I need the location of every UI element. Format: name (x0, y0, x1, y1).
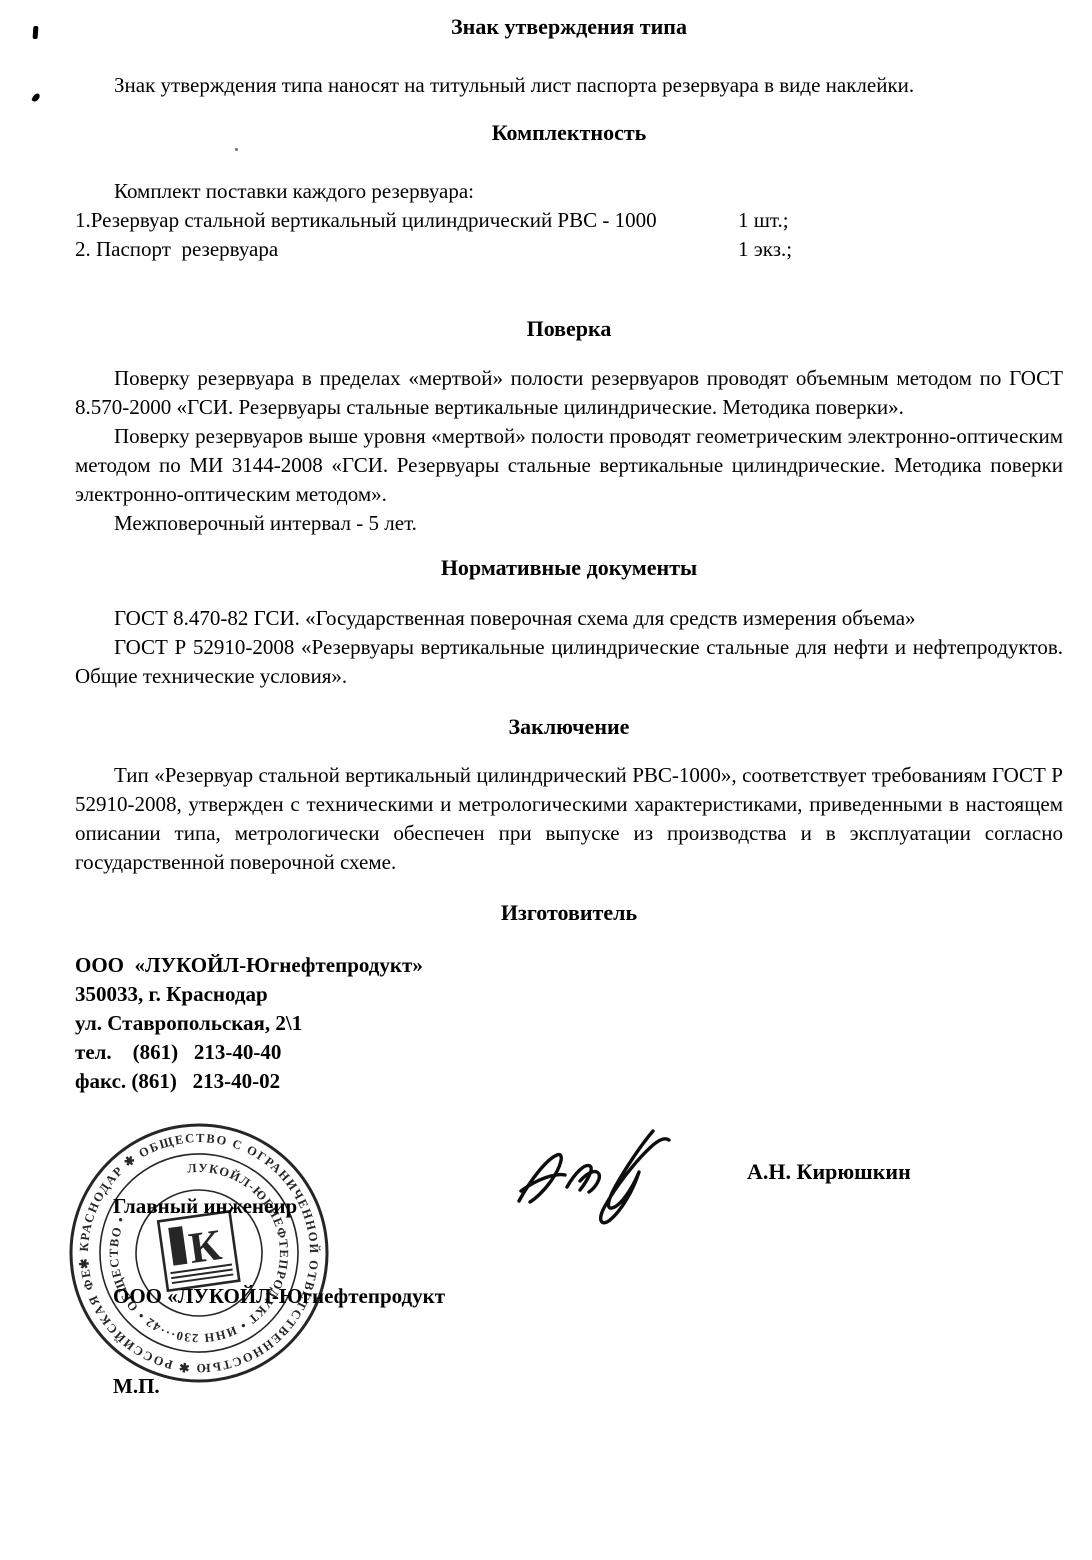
heading-completeness: Комплектность (75, 118, 1063, 147)
verification-paragraph: Поверку резервуара в пределах «мертвой» … (75, 364, 1063, 422)
manufacturer-fax: факс. (861) 213-40-02 (75, 1067, 1063, 1096)
supply-item-label: 2. Паспорт резервуара (75, 235, 738, 264)
supply-item-qty: 1 экз.; (738, 235, 1063, 264)
handwritten-signature (513, 1117, 688, 1237)
heading-conclusion: Заключение (75, 712, 1063, 741)
type-approval-text: Знак утверждения типа наносят на титульн… (75, 71, 1063, 100)
heading-normative-docs: Нормативные документы (75, 553, 1063, 582)
manufacturer-name: ООО «ЛУКОЙЛ-Югнефтепродукт» (75, 951, 1063, 980)
heading-type-approval-mark: Знак утверждения типа (75, 12, 1063, 41)
supply-item-qty: 1 шт.; (738, 206, 1063, 235)
seal-place-mark: М.П. (113, 1371, 445, 1401)
conclusion-text: Тип «Резервуар стальной вертикальный цил… (75, 761, 1063, 877)
heading-verification: Поверка (75, 314, 1063, 343)
normative-doc-item: ГОСТ 8.470-82 ГСИ. «Государственная пове… (75, 604, 1063, 633)
scan-speck (31, 92, 41, 103)
scan-speck (235, 148, 238, 151)
verification-interval: Межповерочный интервал - 5 лет. (75, 509, 1063, 538)
supply-item: 1.Резервуар стальной вертикальный цилинд… (75, 206, 1063, 235)
signature-area: ✱ КРАСНОДАР ✱ ОБЩЕСТВО С ОГРАНИЧЕННОЙ ОТ… (75, 1131, 1063, 1539)
manufacturer-block: ООО «ЛУКОЙЛ-Югнефтепродукт» 350033, г. К… (75, 951, 1063, 1096)
supply-item: 2. Паспорт резервуара 1 экз.; (75, 235, 1063, 264)
verification-paragraph: Поверку резервуаров выше уровня «мертвой… (75, 422, 1063, 509)
document-page: Знак утверждения типа Знак утверждения т… (0, 0, 1092, 1560)
signer-position-block: Главный инженеир ООО «ЛУКОЙЛ-Югнефтепрод… (113, 1131, 445, 1461)
supply-item-label: 1.Резервуар стальной вертикальный цилинд… (75, 206, 738, 235)
manufacturer-street: ул. Ставропольская, 2\1 (75, 1009, 1063, 1038)
signer-name: А.Н. Кирюшкин (747, 1159, 911, 1185)
manufacturer-phone: тел. (861) 213-40-40 (75, 1038, 1063, 1067)
supply-list: 1.Резервуар стальной вертикальный цилинд… (75, 206, 1063, 264)
manufacturer-postcode-city: 350033, г. Краснодар (75, 980, 1063, 1009)
heading-manufacturer: Изготовитель (75, 898, 1063, 927)
scan-speck (33, 26, 39, 39)
completeness-intro: Комплект поставки каждого резервуара: (75, 177, 1063, 206)
normative-doc-item: ГОСТ Р 52910-2008 «Резервуары вертикальн… (75, 633, 1063, 691)
signer-position-line2: ООО «ЛУКОЙЛ-Югнефтепродукт (113, 1281, 445, 1311)
signer-position-line1: Главный инженеир (113, 1191, 445, 1221)
